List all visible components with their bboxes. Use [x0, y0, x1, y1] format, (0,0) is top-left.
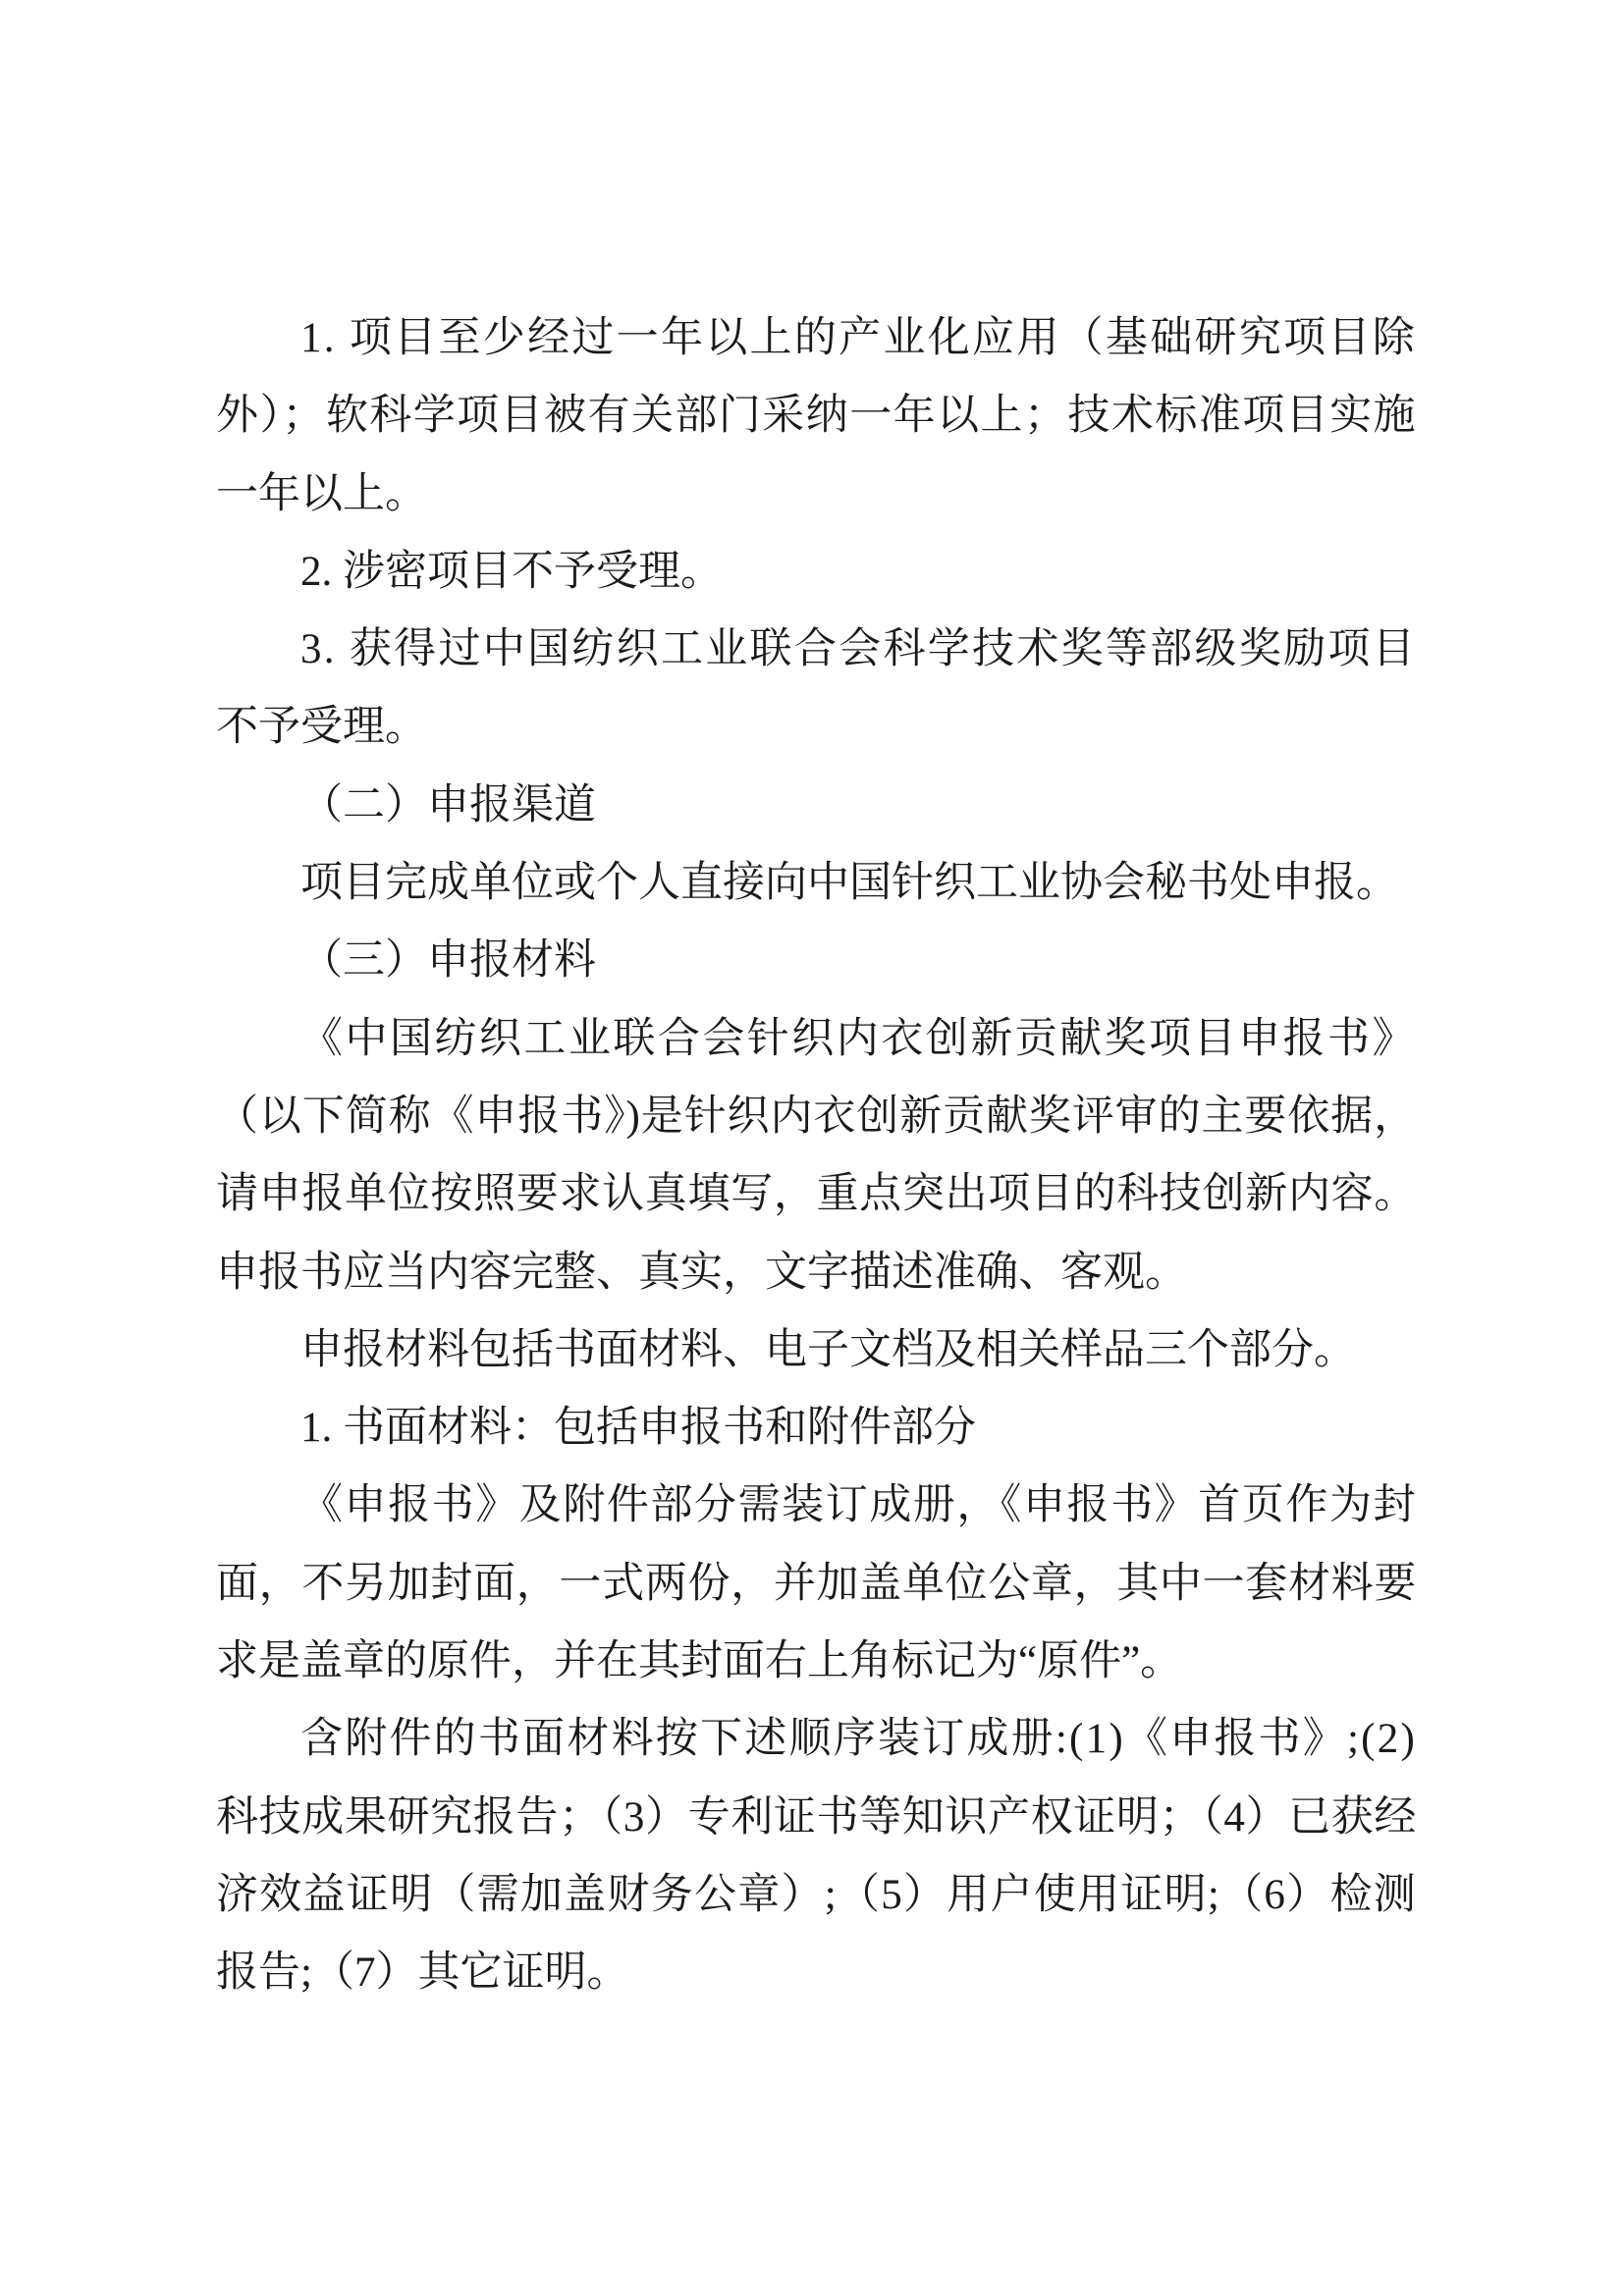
text-line: 报告;（7）其它证明。 [216, 1934, 1417, 2011]
text-line: 济效益证明（需加盖财务公章）;（5）用户使用证明;（6）检测 [216, 1856, 1417, 1934]
text-line: （以下简称《申报书》)是针织内衣创新贡献奖评审的主要依据， [216, 1078, 1417, 1155]
text-line-content: 求是盖章的原件，并在其封面右上角标记为“原件”。 [216, 1638, 1182, 1684]
text-line: 外）；软科学项目被有关部门采纳一年以上；技术标准项目实施 [216, 377, 1417, 454]
text-line: （二）申报渠道 [216, 767, 1417, 844]
text-line-content: 项目完成单位或个人直接向中国针织工业协会秘书处申报。 [300, 860, 1398, 906]
text-line: 一年以上。 [216, 455, 1417, 533]
text-line: 项目完成单位或个人直接向中国针织工业协会秘书处申报。 [216, 844, 1417, 922]
text-line: 求是盖章的原件，并在其封面右上角标记为“原件”。 [216, 1623, 1417, 1700]
text-line: 含附件的书面材料按下述顺序装订成册:(1)《申报书》;(2) [216, 1700, 1417, 1778]
text-line-content: 《中国纺织工业联合会针织内衣创新贡献奖项目申报书》 [300, 1016, 1417, 1062]
text-line: 1. 项目至少经过一年以上的产业化应用（基础研究项目除 [216, 299, 1417, 377]
text-line-content: 1. 书面材料：包括申报书和附件部分 [300, 1405, 976, 1451]
document-page: 1. 项目至少经过一年以上的产业化应用（基础研究项目除外）；软科学项目被有关部门… [0, 0, 1624, 2296]
text-line-content: 济效益证明（需加盖财务公章）;（5）用户使用证明;（6）检测 [216, 1872, 1417, 1918]
text-line: 面，不另加封面，一式两份，并加盖单位公章，其中一套材料要 [216, 1545, 1417, 1623]
text-line-content: （二）申报渠道 [300, 782, 596, 828]
text-line-content: 1. 项目至少经过一年以上的产业化应用（基础研究项目除 [300, 315, 1417, 361]
text-line-content: 不予受理。 [216, 704, 427, 750]
text-line: 请申报单位按照要求认真填写，重点突出项目的科技创新内容。 [216, 1155, 1417, 1233]
text-line-content: 2. 涉密项目不予受理。 [300, 549, 723, 595]
text-line-content: 含附件的书面材料按下述顺序装订成册:(1)《申报书》;(2) [300, 1716, 1417, 1762]
text-line-content: 一年以上。 [216, 471, 427, 517]
text-line-content: 外）；软科学项目被有关部门采纳一年以上；技术标准项目实施 [216, 393, 1417, 439]
text-line: 申报书应当内容完整、真实，文字描述准确、客观。 [216, 1234, 1417, 1311]
text-line: 《中国纺织工业联合会针织内衣创新贡献奖项目申报书》 [216, 1000, 1417, 1078]
text-line: 2. 涉密项目不予受理。 [216, 533, 1417, 611]
text-line: 科技成果研究报告；（3）专利证书等知识产权证明；（4）已获经 [216, 1779, 1417, 1856]
text-line: 《申报书》及附件部分需装订成册，《申报书》首页作为封 [216, 1467, 1417, 1544]
text-line-content: 面，不另加封面，一式两份，并加盖单位公章，其中一套材料要 [216, 1561, 1417, 1607]
text-line-content: 报告;（7）其它证明。 [216, 1949, 628, 1996]
text-line-content: 申报书应当内容完整、真实，文字描述准确、客观。 [216, 1250, 1187, 1296]
text-line-content: 申报材料包括书面材料、电子文档及相关样品三个部分。 [300, 1327, 1356, 1373]
text-line-content: 3. 获得过中国纺织工业联合会科学技术奖等部级奖励项目 [300, 626, 1417, 672]
text-line: 申报材料包括书面材料、电子文档及相关样品三个部分。 [216, 1311, 1417, 1389]
text-line: （三）申报材料 [216, 922, 1417, 999]
text-line-content: （三）申报材料 [300, 937, 596, 984]
text-line-content: 科技成果研究报告；（3）专利证书等知识产权证明；（4）已获经 [216, 1794, 1417, 1841]
text-line: 3. 获得过中国纺织工业联合会科学技术奖等部级奖励项目 [216, 611, 1417, 688]
text-line-content: 《申报书》及附件部分需装订成册，《申报书》首页作为封 [300, 1482, 1417, 1528]
text-line: 1. 书面材料：包括申报书和附件部分 [216, 1389, 1417, 1467]
text-line: 不予受理。 [216, 688, 1417, 766]
text-block: 1. 项目至少经过一年以上的产业化应用（基础研究项目除外）；软科学项目被有关部门… [216, 299, 1417, 2012]
text-line-content: （以下简称《申报书》)是针织内衣创新贡献奖评审的主要依据， [216, 1094, 1417, 1140]
text-line-content: 请申报单位按照要求认真填写，重点突出项目的科技创新内容。 [216, 1171, 1417, 1217]
